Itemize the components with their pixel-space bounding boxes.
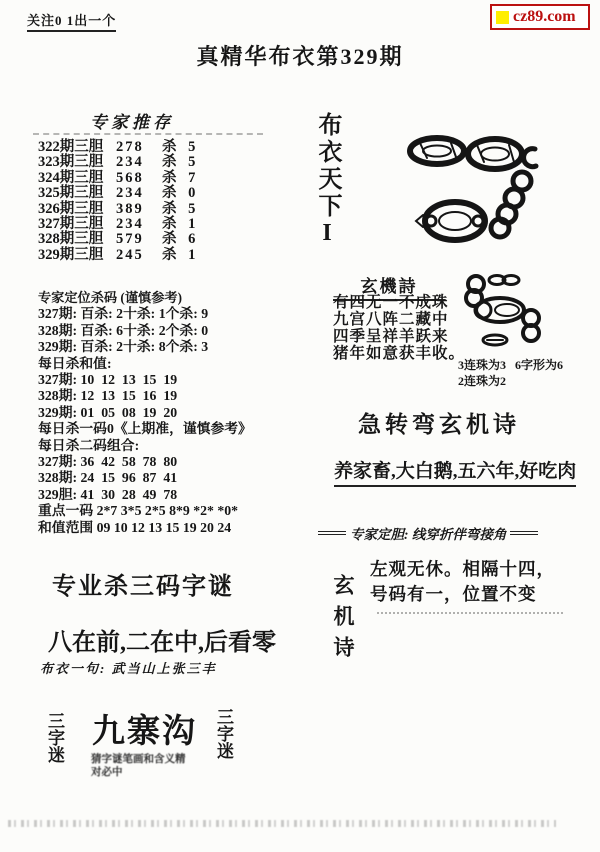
issue-label: 328期三胆	[38, 232, 116, 247]
divider-line-left	[318, 531, 346, 535]
three-char-note-line2: 对必中	[91, 766, 186, 779]
sharp-turn-title: 急转弯玄机诗	[358, 406, 520, 439]
site-logo[interactable]: cz89.com	[490, 4, 590, 30]
issue-label: 329期三胆	[38, 248, 116, 263]
poem-line: 四季呈祥羊跃来	[333, 328, 465, 345]
issue-label: 324期三胆	[38, 171, 116, 186]
caption-line: 2连珠为2	[458, 373, 563, 389]
bottom-xuanji-line1: 左观无休。相隔十四，	[370, 557, 555, 582]
bottom-xuanji-title: 玄机诗	[328, 574, 358, 667]
sum-range-line: 和值范围 09 10 12 13 15 19 20 24	[38, 520, 288, 536]
position-kill-line: 328期: 百杀: 6十杀: 2个杀: 0	[38, 323, 288, 339]
dan-numbers: 579	[116, 232, 162, 247]
logo-square-icon	[496, 11, 509, 24]
two-code-line: 328期: 24 15 96 87 41	[38, 470, 288, 486]
poem-line: 九宫八阵二藏中	[333, 311, 465, 328]
kill-number: 杀 7	[162, 171, 199, 186]
poem-line: 有四无一不成珠	[333, 294, 465, 311]
sharp-turn-clue: 养家畜,大白鹅,五六年,好吃肉	[334, 456, 576, 487]
table-row: 325期三胆 234 杀 0	[38, 186, 273, 201]
lottery-tip-sheet: 关注0 1出一个 cz89.com 真精华布衣第329期 专家推存 322期三胆…	[0, 0, 600, 852]
issue-label: 325期三胆	[38, 186, 116, 201]
site-name: cz89.com	[513, 8, 576, 26]
bottom-dotted-line	[377, 612, 563, 614]
one-code-kill-line: 每日杀一码0《上期准，谨慎参考》	[38, 421, 288, 437]
xuanji-poem-lines: 有四无一不成珠 九宫八阵二藏中 四季呈祥羊跃来 猪年如意获丰收。	[333, 294, 465, 362]
key-code-line: 重点一码 2*7 3*5 2*5 8*9 *2* *0*	[38, 503, 288, 519]
divider-line-right	[510, 531, 538, 535]
three-char-right-label: 三字迷	[211, 708, 236, 759]
table-row: 329期三胆 245 杀 1	[38, 248, 273, 263]
table-row: 328期三胆 579 杀 6	[38, 232, 273, 247]
three-char-note: 猜字谜笔画和含义精 对必中	[91, 753, 186, 779]
two-code-line: 329胆: 41 30 28 49 78	[38, 487, 288, 503]
table-row: 323期三胆 234 杀 5	[38, 155, 273, 170]
poem-line: 猪年如意获丰收。	[333, 345, 465, 362]
kill-number: 杀 6	[162, 232, 199, 247]
three-char-answer: 九寨沟	[92, 705, 197, 752]
dan-numbers: 278	[116, 140, 162, 155]
xuanji-bead-drawing	[463, 266, 573, 351]
expert-header-divider	[33, 133, 263, 135]
kill-section-header: 专家定位杀码 (谨慎参考)	[38, 290, 288, 306]
expert-panel-header: 专家推存	[90, 108, 174, 133]
table-row: 326期三胆 389 杀 5	[38, 202, 273, 217]
dan-numbers: 234	[116, 217, 162, 232]
bottom-xuanji-lines: 左观无休。相隔十四， 号码有一，位置不变	[370, 557, 555, 607]
three-char-left-label: 三字迷	[42, 712, 67, 763]
expert-dan-label: 专家定胆: 线穿折伴弯接角	[350, 523, 506, 543]
sum-kill-line: 328期: 12 13 15 16 19	[38, 388, 288, 404]
xuanji-drawing-captions: 3连珠为3 6字形为6 2连珠为2	[458, 357, 563, 389]
dan-numbers: 568	[116, 171, 162, 186]
dan-numbers: 234	[116, 186, 162, 201]
buyi-bead-drawing	[398, 124, 578, 254]
kill-number: 杀 5	[162, 155, 199, 170]
buyi-tianxia-title: 布衣天下I	[310, 112, 345, 249]
riddle-title: 专业杀三码字谜	[52, 566, 234, 601]
page-title: 真精华布衣第329期	[0, 40, 600, 71]
bottom-xuanji-line2: 号码有一，位置不变	[370, 582, 555, 607]
scan-noise-line	[8, 820, 556, 827]
riddle-clue: 八在前,二在中,后看零	[48, 622, 276, 657]
expert-dan-divider: 专家定胆: 线穿折伴弯接角	[318, 523, 568, 543]
buyi-sentence: 布衣一句: 武当山上张三丰	[40, 658, 217, 677]
sum-kill-line: 327期: 10 12 13 15 19	[38, 372, 288, 388]
position-kill-line: 327期: 百杀: 2十杀: 1个杀: 9	[38, 306, 288, 322]
expert-rows: 322期三胆 278 杀 5 323期三胆 234 杀 5 324期三胆 568…	[38, 140, 273, 263]
table-row: 324期三胆 568 杀 7	[38, 171, 273, 186]
two-code-header: 每日杀二码组合:	[38, 438, 288, 454]
sum-kill-line: 329期: 01 05 08 19 20	[38, 405, 288, 421]
dan-numbers: 389	[116, 202, 162, 217]
issue-label: 326期三胆	[38, 202, 116, 217]
position-kill-line: 329期: 百杀: 2十杀: 8个杀: 3	[38, 339, 288, 355]
sum-kill-header: 每日杀和值:	[38, 356, 288, 372]
three-char-note-line1: 猜字谜笔画和含义精	[91, 753, 186, 766]
dan-numbers: 245	[116, 248, 162, 263]
kill-number: 杀 0	[162, 186, 199, 201]
kill-number: 杀 1	[162, 248, 199, 263]
kill-number: 杀 5	[162, 202, 199, 217]
issue-label: 323期三胆	[38, 155, 116, 170]
follow-note: 关注0 1出一个	[27, 10, 116, 32]
kill-code-section: 专家定位杀码 (谨慎参考) 327期: 百杀: 2十杀: 1个杀: 9 328期…	[38, 290, 288, 536]
dan-numbers: 234	[116, 155, 162, 170]
caption-line: 3连珠为3 6字形为6	[458, 357, 563, 373]
two-code-line: 327期: 36 42 58 78 80	[38, 454, 288, 470]
